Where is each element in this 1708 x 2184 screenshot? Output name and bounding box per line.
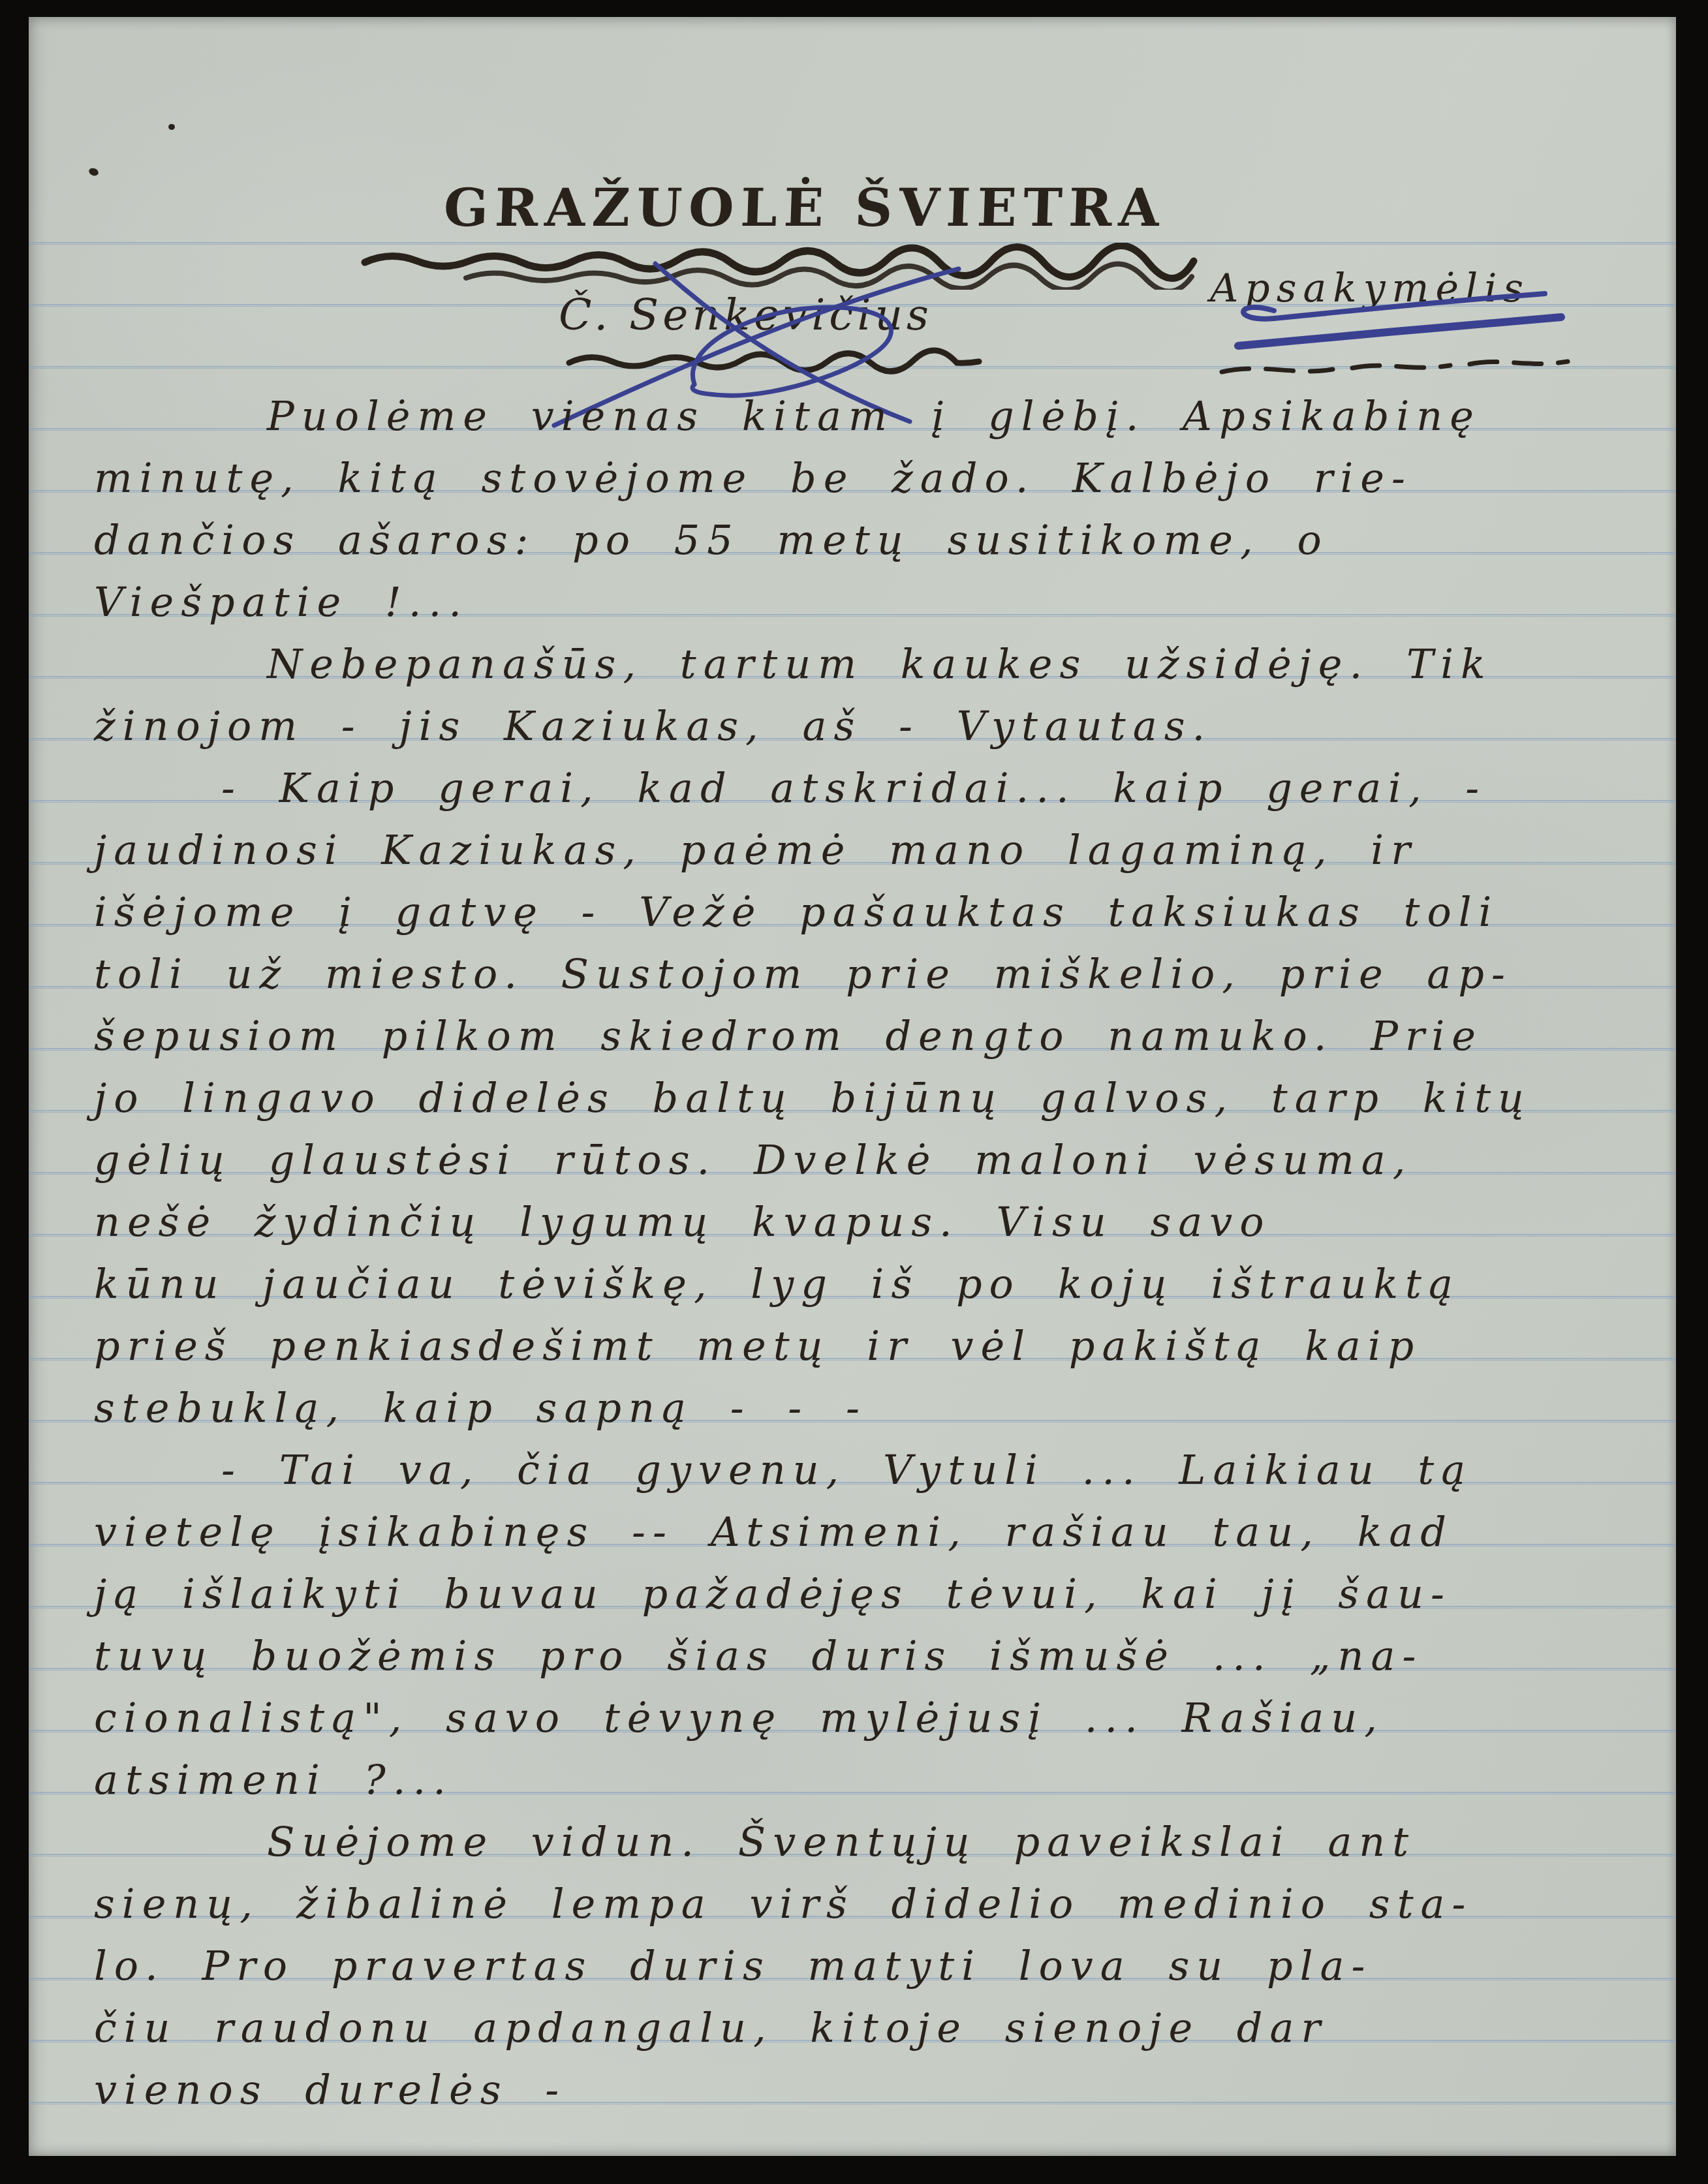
ink-speck: [88, 167, 100, 177]
handwritten-line: gėlių glaustėsi rūtos. Dvelkė maloni vės…: [94, 1129, 1650, 1192]
handwritten-line: ją išlaikyti buvau pažadėjęs tėvui, kai …: [94, 1563, 1650, 1625]
genre-strikethrough: [1176, 260, 1620, 397]
manuscript-page: GRAŽUOLĖ ŠVIETRA Č. Senkevičius Apsakymė…: [29, 17, 1676, 2156]
handwritten-line: stebuklą, kaip sapną - - -: [94, 1377, 1650, 1439]
ink-speck: [168, 124, 175, 130]
handwritten-line: dančios ašaros: po 55 metų susitikome, o: [94, 509, 1650, 572]
handwritten-line: - Tai va, čia gyvenu, Vytuli ... Laikiau…: [94, 1439, 1650, 1501]
handwritten-line: kūnu jaučiau tėviškę, lyg iš po kojų išt…: [94, 1253, 1650, 1315]
handwritten-line: jo lingavo didelės baltų bijūnų galvos, …: [94, 1067, 1650, 1130]
handwritten-line: cionalistą", savo tėvynę mylėjusį ... Ra…: [94, 1687, 1650, 1749]
handwritten-line: tuvų buožėmis pro šias duris išmušė ... …: [94, 1625, 1650, 1687]
handwritten-line: minutę, kitą stovėjome be žado. Kalbėjo …: [94, 447, 1650, 510]
handwritten-line: - Kaip gerai, kad atskridai... kaip gera…: [94, 757, 1650, 820]
page-title: GRAŽUOLĖ ŠVIETRA: [443, 181, 1167, 234]
handwritten-line: čiu raudonu apdangalu, kitoje sienoje da…: [94, 1997, 1650, 2059]
handwritten-line: toli už miesto. Sustojom prie miškelio, …: [94, 943, 1650, 1006]
handwritten-line: šepusiom pilkom skiedrom dengto namuko. …: [94, 1005, 1650, 1068]
handwritten-line: jaudinosi Kaziukas, paėmė mano lagaminą,…: [94, 819, 1650, 882]
handwritten-line: Puolėme vienas kitam į glėbį. Apsikabinę: [94, 385, 1650, 448]
handwritten-line: žinojom - jis Kaziukas, aš - Vytautas.: [94, 695, 1650, 758]
handwritten-line: lo. Pro pravertas duris matyti lova su p…: [94, 1935, 1650, 1997]
handwritten-line: Suėjome vidun. Šventųjų paveikslai ant: [94, 1811, 1650, 1873]
handwritten-line: sienų, žibalinė lempa virš didelio medin…: [94, 1873, 1650, 1935]
handwritten-line: vietelę įsikabinęs -- Atsimeni, rašiau t…: [94, 1501, 1650, 1563]
handwritten-line: Nebepanašūs, tartum kaukes užsidėję. Tik: [94, 633, 1650, 696]
handwritten-line: Viešpatie !...: [94, 571, 1650, 634]
handwritten-line: atsimeni ?...: [94, 1749, 1650, 1811]
handwritten-line: vienos durelės -: [94, 2059, 1650, 2121]
handwritten-line: prieš penkiasdešimt metų ir vėl pakištą …: [94, 1315, 1650, 1377]
handwritten-line: išėjome į gatvę - Vežė pašauktas taksiuk…: [94, 881, 1650, 944]
handwritten-line: nešė žydinčių lygumų kvapus. Visu savo: [94, 1191, 1650, 1253]
